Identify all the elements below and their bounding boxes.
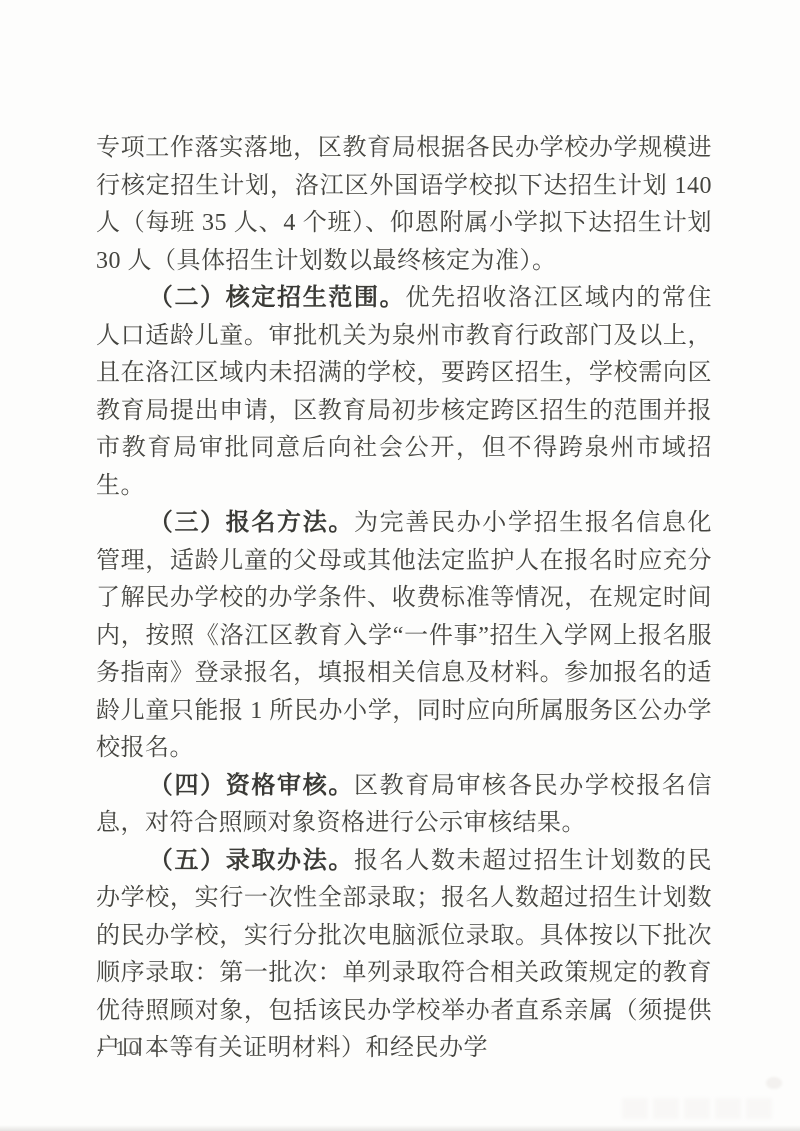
section-2-heading: （二）核定招生范围。 bbox=[149, 285, 406, 311]
scan-bottom-edge bbox=[0, 1125, 800, 1131]
paragraph-section-3: （三）报名方法。为完善民办小学招生报名信息化管理，适龄儿童的父母或其他法定监护人… bbox=[96, 505, 712, 768]
paragraph-text: 优先招收洛江区域内的常住人口适龄儿童。审批机关为泉州市教育行政部门及以上，且在洛… bbox=[96, 285, 712, 499]
watermark bbox=[622, 1098, 772, 1119]
paragraph-section-5: （五）录取办法。报名人数未超过招生计划数的民办学校，实行一次性全部录取；报名人数… bbox=[96, 843, 712, 1068]
scan-artifact bbox=[766, 1077, 782, 1089]
document-body: 专项工作落实落地，区教育局根据各民办学校办学规模进行核定招生计划，洛江区外国语学… bbox=[96, 130, 712, 1068]
paragraph-text: 专项工作落实落地，区教育局根据各民办学校办学规模进行核定招生计划，洛江区外国语学… bbox=[96, 135, 712, 274]
section-4-heading: （四）资格审核。 bbox=[149, 773, 354, 799]
document-page: 专项工作落实落地，区教育局根据各民办学校办学规模进行核定招生计划，洛江区外国语学… bbox=[0, 0, 800, 1131]
paragraph-text: 报名人数未超过招生计划数的民办学校，实行一次性全部录取；报名人数超过招生计划数的… bbox=[96, 848, 712, 1062]
paragraph-section-2: （二）核定招生范围。优先招收洛江区域内的常住人口适龄儿童。审批机关为泉州市教育行… bbox=[96, 280, 712, 505]
section-3-heading: （三）报名方法。 bbox=[149, 510, 354, 536]
section-5-heading: （五）录取办法。 bbox=[149, 848, 354, 874]
paragraph-text: 为完善民办小学招生报名信息化管理，适龄儿童的父母或其他法定监护人在报名时应充分了… bbox=[96, 510, 712, 761]
paragraph-continuation: 专项工作落实落地，区教育局根据各民办学校办学规模进行核定招生计划，洛江区外国语学… bbox=[96, 130, 712, 280]
page-number: - 10 - bbox=[97, 1036, 161, 1061]
paragraph-section-4: （四）资格审核。区教育局审核各民办学校报名信息，对符合照顾对象资格进行公示审核结… bbox=[96, 768, 712, 843]
